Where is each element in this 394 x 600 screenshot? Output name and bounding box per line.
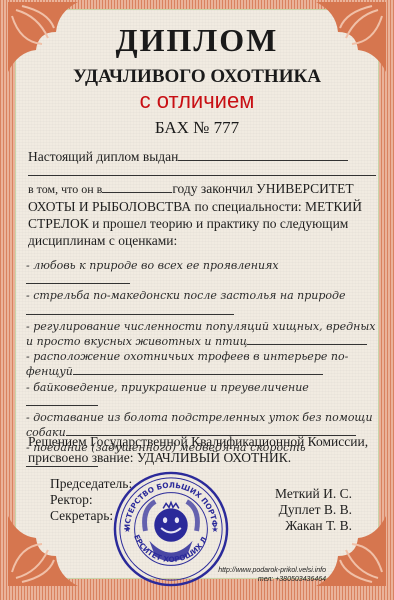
body-text: в том, что он вгоду закончил УНИВЕРСИТЕТ…: [28, 180, 380, 249]
footer-phone: тел: +380503436464: [218, 575, 326, 584]
footer-contact: http://www.podarok-prikol.velsi.info тел…: [218, 566, 326, 584]
issued-to-row: Настоящий диплом выдан: [28, 148, 378, 165]
decision-line-1: Решением Государственной Квалификационно…: [28, 434, 378, 450]
name-secretary: Жакан Т. В.: [275, 518, 352, 534]
svg-text:★: ★: [211, 525, 218, 534]
commission-decision: Решением Государственной Квалификационно…: [28, 434, 378, 466]
decision-line-2: присвоено звание: УДАЧЛИВЫЙ ОХОТНИК.: [28, 450, 378, 466]
corner-ornament-icon: [8, 516, 78, 586]
distinction-label: с отличием: [0, 88, 394, 114]
discipline-item: - стрельба по-македонски после застолья …: [26, 288, 376, 318]
discipline-item: - расположение охотничьих трофеев в инте…: [26, 349, 376, 379]
footer-url[interactable]: http://www.podarok-prikol.velsi.info: [218, 566, 326, 575]
discipline-item: - регулирование численности популяций хи…: [26, 319, 376, 349]
body-text-part1: в том, что он в: [28, 182, 102, 196]
grade-field[interactable]: [26, 274, 130, 284]
recipient-name-field[interactable]: [178, 148, 348, 161]
grade-field[interactable]: [247, 335, 367, 345]
diploma-page: ДИПЛОМ УДАЧЛИВОГО ОХОТНИКА с отличием БА…: [0, 0, 394, 600]
signature-names: Меткий И. С. Дуплет В. В. Жакан Т. В.: [275, 486, 352, 534]
official-stamp: МИНИСТЕРСТВО БОЛЬШИХ ПОРТФЕЛЕЙ УНИВЕРСИТ…: [112, 470, 230, 588]
name-rector: Дуплет В. В.: [275, 502, 352, 518]
svg-text:★: ★: [124, 525, 131, 534]
discipline-item: - любовь к природе во всех ее проявления…: [26, 258, 376, 288]
discipline-item: - байковедение, приукрашение и преувелич…: [26, 380, 376, 410]
diploma-subtitle: УДАЧЛИВОГО ОХОТНИКА: [0, 66, 394, 88]
grade-field[interactable]: [26, 305, 234, 315]
diploma-title: ДИПЛОМ: [0, 22, 394, 59]
smiley-emblem-icon: [154, 502, 187, 541]
diploma-number: БАХ № 777: [0, 118, 394, 138]
grade-field[interactable]: [73, 365, 323, 375]
name-chairman: Меткий И. С.: [275, 486, 352, 502]
issued-to-label: Настоящий диплом выдан: [28, 149, 178, 164]
year-field[interactable]: [102, 180, 172, 193]
recipient-name-line-2[interactable]: [28, 175, 376, 176]
grade-field[interactable]: [26, 396, 98, 406]
